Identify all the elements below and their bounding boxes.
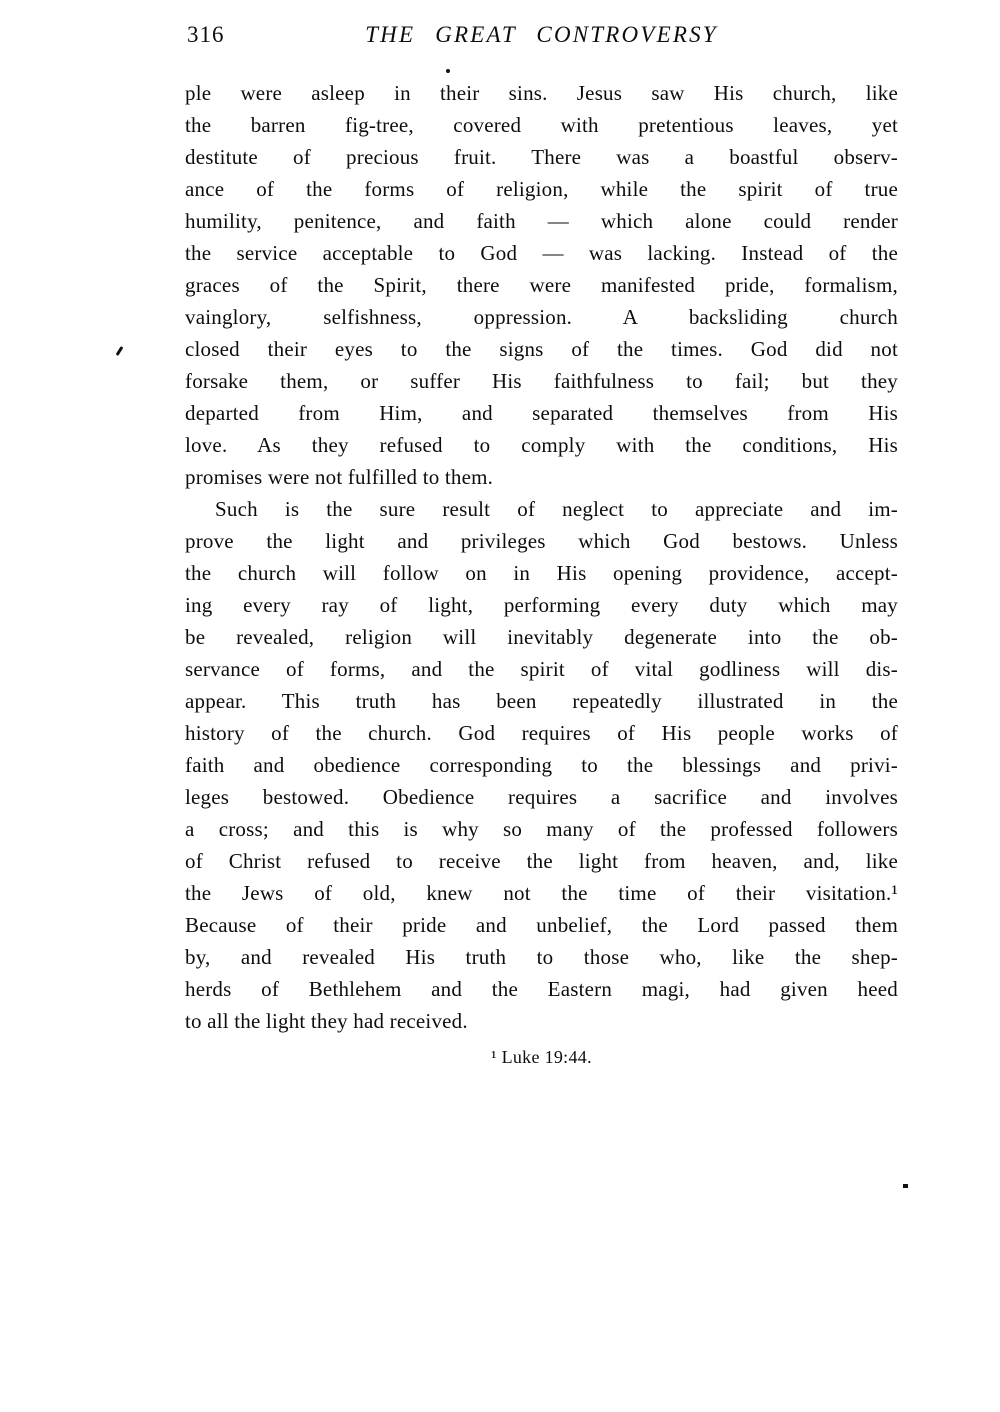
text-line: a cross; and this is why so many of the …: [185, 813, 898, 845]
text-line: promises were not fulfilled to them.: [185, 461, 898, 493]
running-header: 316 THE GREAT CONTROVERSY: [185, 22, 898, 52]
running-head-title: THE GREAT CONTROVERSY: [185, 22, 898, 48]
text-body: ple were asleep in their sins. Jesus saw…: [185, 77, 898, 1068]
text-line: ple were asleep in their sins. Jesus saw…: [185, 77, 898, 109]
text-line: vainglory, selfishness, oppression. A ba…: [185, 301, 898, 333]
text-line: ing every ray of light, performing every…: [185, 589, 898, 621]
text-line: to all the light they had received.: [185, 1005, 898, 1037]
text-line: humility, penitence, and faith — which a…: [185, 205, 898, 237]
book-page: 316 THE GREAT CONTROVERSY ple were aslee…: [0, 0, 1000, 1412]
scan-artifact-speck: [903, 1184, 908, 1188]
text-line: departed from Him, and separated themsel…: [185, 397, 898, 429]
text-line: the barren fig-tree, covered with preten…: [185, 109, 898, 141]
text-line: leges bestowed. Obedience requires a sac…: [185, 781, 898, 813]
text-line: the service acceptable to God — was lack…: [185, 237, 898, 269]
scan-artifact-comma: [116, 346, 124, 356]
footnote: ¹ Luke 19:44.: [185, 1047, 898, 1068]
text-line: Such is the sure result of neglect to ap…: [185, 493, 898, 525]
text-line: faith and obedience corresponding to the…: [185, 749, 898, 781]
text-line: destitute of precious fruit. There was a…: [185, 141, 898, 173]
text-line: Because of their pride and unbelief, the…: [185, 909, 898, 941]
text-line: be revealed, religion will inevitably de…: [185, 621, 898, 653]
text-line: appear. This truth has been repeatedly i…: [185, 685, 898, 717]
text-line: love. As they refused to comply with the…: [185, 429, 898, 461]
text-line: herds of Bethlehem and the Eastern magi,…: [185, 973, 898, 1005]
text-line: by, and revealed His truth to those who,…: [185, 941, 898, 973]
scan-artifact-dot: [446, 69, 450, 73]
text-line: prove the light and privileges which God…: [185, 525, 898, 557]
text-line: servance of forms, and the spirit of vit…: [185, 653, 898, 685]
text-line: history of the church. God requires of H…: [185, 717, 898, 749]
text-line: of Christ refused to receive the light f…: [185, 845, 898, 877]
text-line: ance of the forms of religion, while the…: [185, 173, 898, 205]
text-line: the Jews of old, knew not the time of th…: [185, 877, 898, 909]
text-line: the church will follow on in His opening…: [185, 557, 898, 589]
text-line: closed their eyes to the signs of the ti…: [185, 333, 898, 365]
text-line: forsake them, or suffer His faithfulness…: [185, 365, 898, 397]
text-line: graces of the Spirit, there were manifes…: [185, 269, 898, 301]
